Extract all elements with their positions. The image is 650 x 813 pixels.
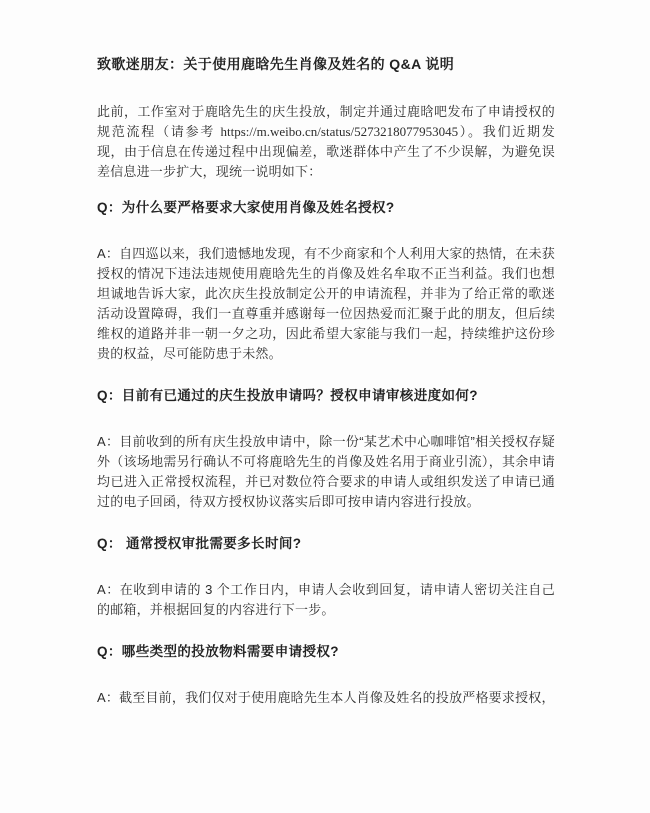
document-page: 致歌迷朋友：关于使用鹿晗先生肖像及姓名的 Q&A 说明 此前，工作室对于鹿晗先生… bbox=[0, 0, 650, 813]
qa-block-1: Q：为什么要严格要求大家使用肖像及姓名授权? A：自四巡以来，我们遗憾地发现，有… bbox=[97, 196, 555, 364]
qa-block-4: Q：哪些类型的投放物料需要申请授权? A：截至目前，我们仅对于使用鹿晗先生本人肖… bbox=[97, 640, 555, 708]
answer-3: A：在收到申请的 3 个工作日内，申请人会收到回复，请申请人密切关注自己的邮箱，… bbox=[97, 580, 555, 620]
intro-paragraph: 此前，工作室对于鹿晗先生的庆生投放，制定并通过鹿晗吧发布了申请授权的规范流程（请… bbox=[97, 102, 555, 182]
answer-2: A：目前收到的所有庆生投放申请中，除一份“某艺术中心咖啡馆”相关授权存疑外（该场… bbox=[97, 432, 555, 512]
question-3: Q： 通常授权审批需要多长时间? bbox=[97, 532, 555, 552]
question-1: Q：为什么要严格要求大家使用肖像及姓名授权? bbox=[97, 196, 555, 216]
answer-1: A：自四巡以来，我们遗憾地发现，有不少商家和个人利用大家的热情，在未获授权的情况… bbox=[97, 244, 555, 364]
qa-block-3: Q： 通常授权审批需要多长时间? A：在收到申请的 3 个工作日内，申请人会收到… bbox=[97, 532, 555, 620]
question-4: Q：哪些类型的投放物料需要申请授权? bbox=[97, 640, 555, 660]
question-2: Q：目前有已通过的庆生投放申请吗？授权申请审核进度如何? bbox=[97, 384, 555, 404]
weibo-status-url: https://m.weibo.cn/status/52732180779530… bbox=[221, 124, 459, 139]
answer-4: A：截至目前，我们仅对于使用鹿晗先生本人肖像及姓名的投放严格要求授权， bbox=[97, 688, 555, 708]
document-title: 致歌迷朋友：关于使用鹿晗先生肖像及姓名的 Q&A 说明 bbox=[97, 54, 555, 74]
qa-block-2: Q：目前有已通过的庆生投放申请吗？授权申请审核进度如何? A：目前收到的所有庆生… bbox=[97, 384, 555, 512]
